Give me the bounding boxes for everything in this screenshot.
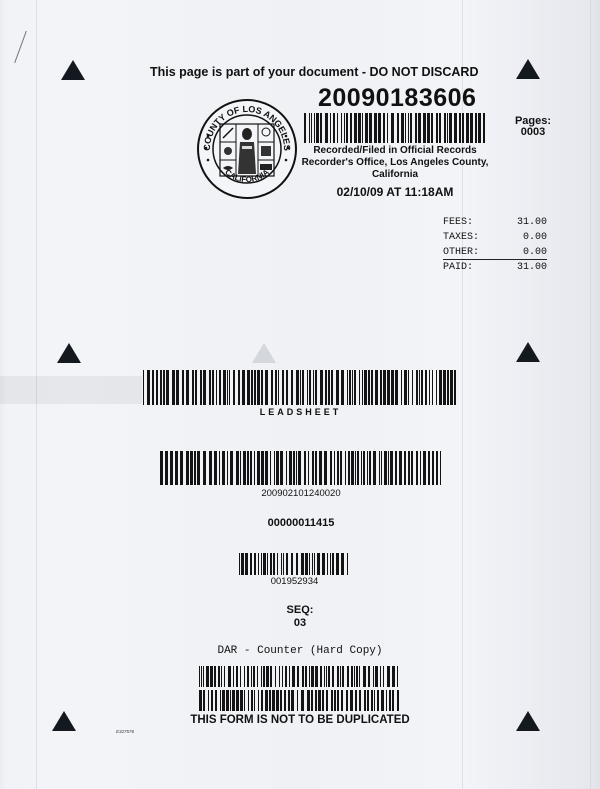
tracking-barcode xyxy=(160,451,442,485)
paid-label: PAID: xyxy=(443,262,473,273)
registration-triangle-icon xyxy=(516,59,540,79)
registration-triangle-icon xyxy=(61,60,85,80)
recorded-timestamp: 02/10/09 AT 11:18AM xyxy=(300,185,490,199)
scan-fold-line xyxy=(590,0,591,789)
fees-divider xyxy=(443,259,547,260)
tracking-number: 200902101240020 xyxy=(160,488,442,499)
sequence: SEQ: 03 xyxy=(250,604,350,630)
taxes-row: TAXES: 0.00 xyxy=(443,232,547,243)
footer-barcode-top xyxy=(199,666,401,687)
pages-count: Pages: 0003 xyxy=(508,116,558,138)
paid-row: PAID: 31.00 xyxy=(443,262,547,273)
pages-value: 0003 xyxy=(508,127,558,138)
order-barcode xyxy=(239,553,350,575)
document-number: 20090183606 xyxy=(318,84,476,113)
header-notice: This page is part of your document - DO … xyxy=(150,65,450,79)
registration-triangle-icon xyxy=(52,711,76,731)
document-page: This page is part of your document - DO … xyxy=(0,0,600,789)
fees-value: 31.00 xyxy=(517,217,547,228)
taxes-value: 0.00 xyxy=(523,232,547,243)
registration-triangle-icon xyxy=(516,711,540,731)
registration-triangle-icon xyxy=(516,342,540,362)
other-row: OTHER: 0.00 xyxy=(443,247,547,258)
footer-barcode-bottom xyxy=(199,690,401,711)
registration-triangle-icon xyxy=(252,343,276,363)
recorded-line: California xyxy=(300,169,490,181)
dar-line: DAR - Counter (Hard Copy) xyxy=(180,645,420,657)
leadsheet-barcode xyxy=(143,370,458,405)
county-seal-icon: COUNTY OF LOS ANGELES CALIFORNIA xyxy=(196,98,298,200)
reference-number: 00000011415 xyxy=(160,517,442,529)
document-barcode xyxy=(304,113,488,143)
recorded-line: Recorder's Office, Los Angeles County, xyxy=(300,157,490,169)
other-value: 0.00 xyxy=(523,247,547,258)
leadsheet-label: LEADSHEET xyxy=(143,407,458,417)
seq-label: SEQ: xyxy=(250,604,350,617)
form-code: E327576 xyxy=(116,729,134,734)
seq-value: 03 xyxy=(250,617,350,630)
fees-label: FEES: xyxy=(443,217,473,228)
paid-value: 31.00 xyxy=(517,262,547,273)
fees-row: FEES: 31.00 xyxy=(443,217,547,228)
other-label: OTHER: xyxy=(443,247,479,258)
footer-notice: THIS FORM IS NOT TO BE DUPLICATED xyxy=(180,714,420,726)
order-number: 001952934 xyxy=(239,576,350,587)
taxes-label: TAXES: xyxy=(443,232,479,243)
stray-mark xyxy=(14,31,27,63)
bleed-through-noise xyxy=(0,376,142,404)
recorded-line: Recorded/Filed in Official Records xyxy=(300,145,490,157)
recorded-info: Recorded/Filed in Official Records Recor… xyxy=(300,145,490,181)
registration-triangle-icon xyxy=(57,343,81,363)
